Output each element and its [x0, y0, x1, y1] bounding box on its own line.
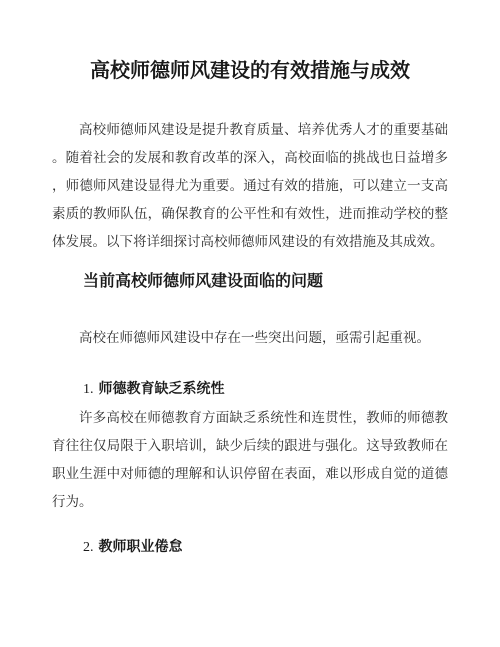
subsection-2-title: 教师职业倦怠: [99, 538, 183, 554]
document-page: 高校师德师风建设的有效措施与成效 高校师德师风建设是提升教育质量、培养优秀人才的…: [0, 0, 500, 647]
subsection-2-number: 2.: [83, 540, 94, 555]
subsection-1-heading: 1.师德教育缺乏系统性: [83, 376, 448, 402]
subsection-1-number: 1.: [83, 382, 94, 397]
subsection-1-body: 许多高校在师德教育方面缺乏系统性和连贯性，教师的师德教育往往仅局限于入职培训，缺…: [52, 404, 448, 516]
section-lead-paragraph: 高校在师德师风建设中存在一些突出问题，亟需引起重视。: [52, 324, 448, 352]
document-title: 高校师德师风建设的有效措施与成效: [52, 56, 448, 86]
subsection-2-heading: 2.教师职业倦怠: [83, 534, 448, 560]
intro-paragraph: 高校师德师风建设是提升教育质量、培养优秀人才的重要基础。随着社会的发展和教育改革…: [52, 116, 448, 256]
section-heading: 当前高校师德师风建设面临的问题: [83, 270, 448, 294]
subsection-1-title: 师德教育缺乏系统性: [99, 380, 225, 396]
